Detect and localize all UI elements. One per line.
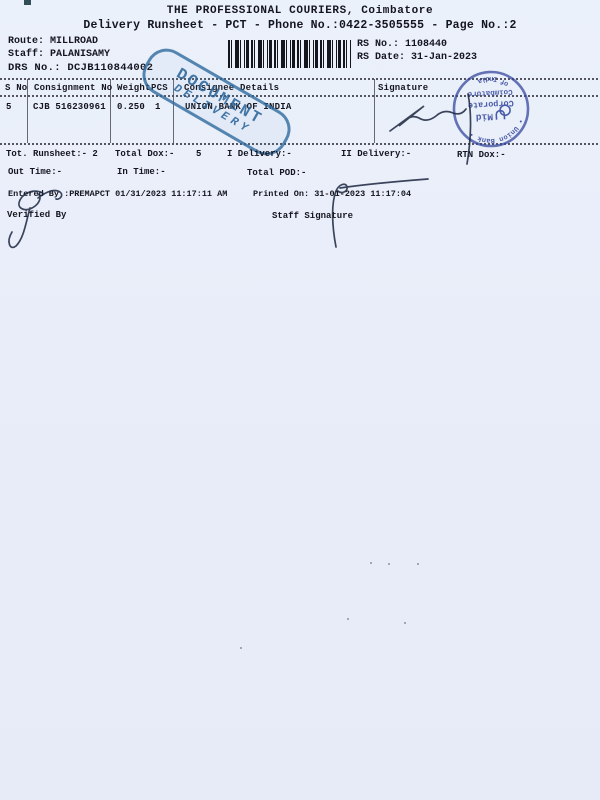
runsheet-label: Tot. Runsheet:-	[6, 149, 87, 159]
out-time-label: Out Time:-	[8, 167, 62, 177]
drs-label: DRS No.:	[8, 62, 61, 74]
staff-value: PALANISAMY	[50, 49, 110, 60]
stamp-center-line3: Coimbatore	[467, 87, 513, 97]
rs-no-line: RS No.: 1108440	[357, 39, 447, 50]
column-header-consignment: Consignment No	[34, 83, 112, 93]
runsheet-total: Tot. Runsheet:- 2	[6, 149, 98, 159]
column-header-sno: S No	[5, 83, 27, 93]
dox-label: Total Dox:-	[115, 149, 174, 159]
delivery1-label: I Delivery:-	[227, 149, 292, 159]
printed-on-line: Printed On: 31-01-2023 11:17:04	[253, 189, 411, 199]
stamp-center-line2: Corporate	[468, 98, 514, 110]
cell-sno: 5	[6, 102, 12, 112]
staff-signature-label: Staff Signature	[272, 211, 353, 221]
column-header-signature: Signature	[378, 83, 428, 93]
scan-noise-specks	[370, 562, 372, 564]
dox-value: 5	[196, 149, 201, 159]
rs-no-label: RS No.:	[357, 39, 399, 50]
rtn-label: RTN Dox:-	[457, 150, 506, 160]
barcode	[228, 40, 351, 68]
drs-value: DCJB110844002	[67, 62, 153, 74]
staff-line: Staff: PALANISAMY	[8, 49, 110, 60]
in-time-label: In Time:-	[117, 167, 166, 177]
entered-by-line: Entered By :PREMAPCT 01/31/2023 11:17:11…	[8, 189, 227, 199]
drs-line: DRS No.: DCJB110844002	[8, 62, 153, 74]
scanned-delivery-runsheet: THE PROFESSIONAL COURIERS, Coimbatore De…	[0, 0, 600, 800]
pod-label: Total POD:-	[247, 168, 306, 178]
cell-weight: 0.250	[117, 102, 145, 112]
stamp-center-line1: Mid	[475, 111, 493, 123]
cell-pcs: 1	[155, 102, 161, 112]
runsheet-value: 2	[92, 149, 97, 159]
route-line: Route: MILLROAD	[8, 36, 98, 47]
rs-date-label: RS Date:	[357, 52, 405, 63]
delivery2-label: II Delivery:-	[341, 149, 411, 159]
rs-no-value: 1108440	[405, 39, 447, 50]
route-value: MILLROAD	[50, 36, 98, 47]
verified-by-label: Verified By	[7, 210, 66, 220]
page-subtitle: Delivery Runsheet - PCT - Phone No.:0422…	[0, 19, 600, 32]
cell-consignment: CJB 516230961	[33, 102, 106, 112]
column-divider	[374, 79, 375, 143]
staff-label: Staff:	[8, 49, 44, 60]
route-label: Route:	[8, 36, 44, 47]
page-title: THE PROFESSIONAL COURIERS, Coimbatore	[0, 5, 600, 17]
